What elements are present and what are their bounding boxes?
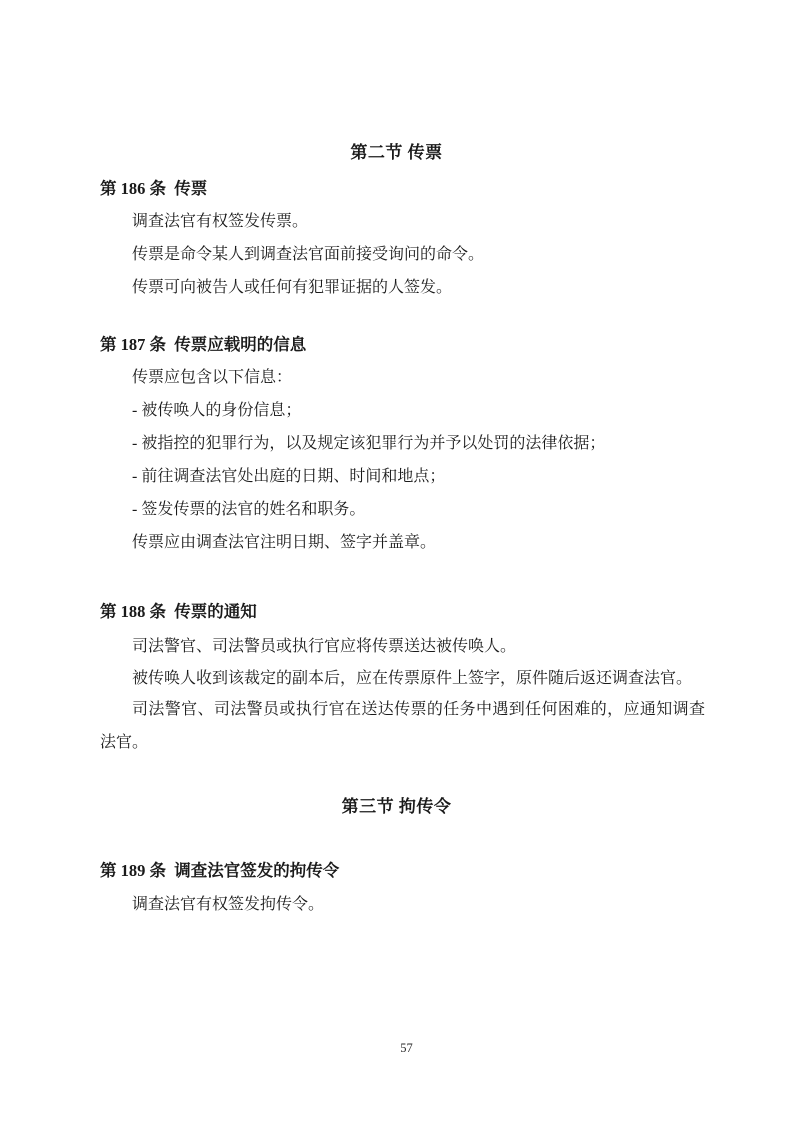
article-188-paragraph: 司法警官、司法警员或执行官在送达传票的任务中遇到任何困难的，应通知调查法官。 (100, 693, 705, 759)
section-2-heading: 第二节 传票 (0, 140, 793, 166)
article-187-heading: 第 187 条 传票应载明的信息 (100, 332, 720, 358)
section-3-heading: 第三节 拘传令 (0, 794, 793, 820)
article-189-paragraph: 调查法官有权签发拘传令。 (100, 888, 712, 921)
article-188-paragraph: 司法警官、司法警员或执行官应将传票送达被传唤人。 (100, 630, 712, 663)
article-186-heading: 第 186 条 传票 (100, 176, 720, 202)
article-187-list-item: - 被指控的犯罪行为，以及规定该犯罪行为并予以处罚的法律依据； (100, 427, 712, 460)
article-186-paragraph: 调查法官有权签发传票。 (100, 205, 712, 238)
article-187-list-item: - 签发传票的法官的姓名和职务。 (100, 493, 712, 526)
article-187-list-item: - 被传唤人的身份信息； (100, 394, 712, 427)
article-187-closing: 传票应由调查法官注明日期、签字并盖章。 (100, 526, 712, 559)
article-189-heading: 第 189 条 调查法官签发的拘传令 (100, 858, 720, 884)
article-188-paragraph: 被传唤人收到该裁定的副本后，应在传票原件上签字，原件随后返还调查法官。 (100, 662, 712, 695)
article-186-paragraph: 传票是命令某人到调查法官面前接受询问的命令。 (100, 238, 712, 271)
article-187-list-item: - 前往调查法官处出庭的日期、时间和地点； (100, 460, 712, 493)
article-186-paragraph: 传票可向被告人或任何有犯罪证据的人签发。 (100, 271, 712, 304)
article-188-heading: 第 188 条 传票的通知 (100, 599, 720, 625)
article-187-intro: 传票应包含以下信息： (100, 361, 712, 394)
document-page: 第二节 传票 第 186 条 传票 调查法官有权签发传票。 传票是命令某人到调查… (0, 0, 793, 1122)
page-number: 57 (20, 1040, 793, 1056)
